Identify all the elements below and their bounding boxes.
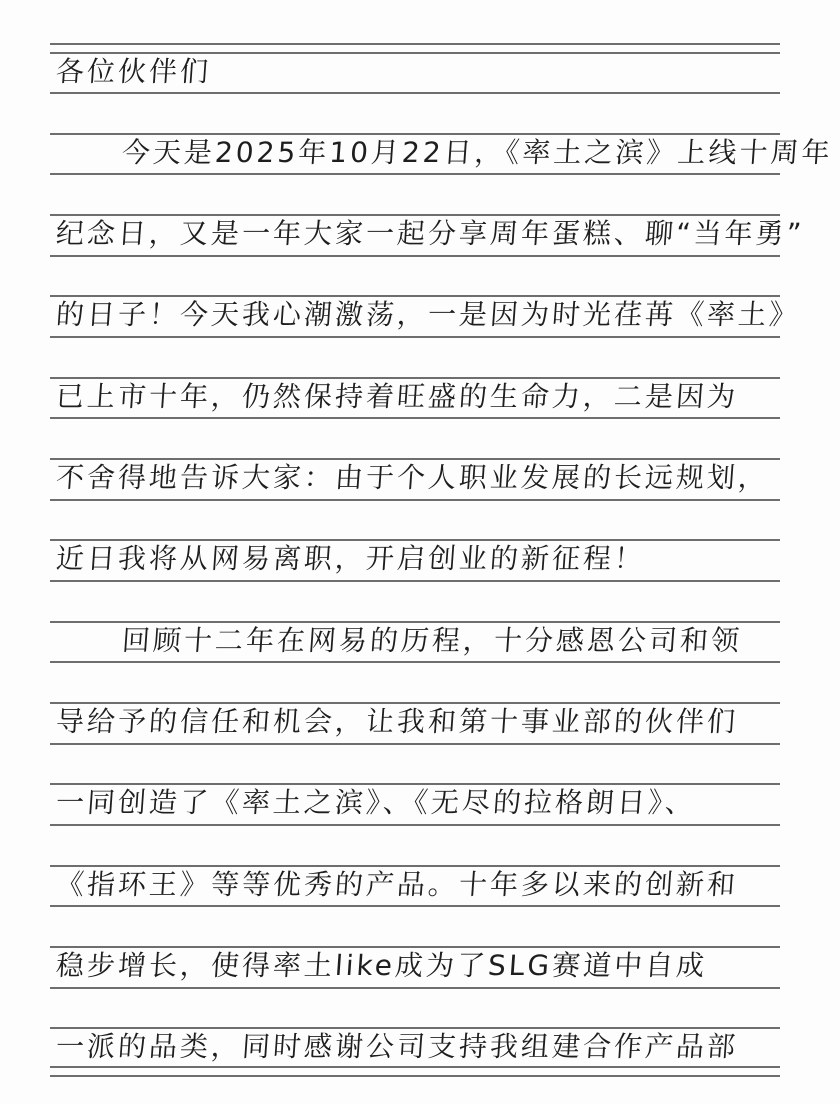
letter-line: 近日我将从网易离职，开启创业的新征程！ [55, 539, 798, 579]
letter-line: 回顾十二年在网易的历程，十分感恩公司和领 [55, 621, 840, 661]
rule [50, 743, 780, 745]
letter-line: 一派的品类，同时感谢公司支持我组建合作产品部 [55, 1027, 798, 1067]
rule [50, 580, 780, 582]
letter-line: 稳步增长，使得率土like成为了SLG赛道中自成 [55, 946, 798, 986]
letter-line: 不舍得地告诉大家：由于个人职业发展的长远规划， [55, 458, 798, 498]
rule [50, 417, 780, 419]
letter-line: 的日子！今天我心潮激荡，一是因为时光荏苒《率土》 [55, 295, 798, 335]
rule [50, 824, 780, 826]
rule [50, 92, 780, 94]
letter-line: 今天是2025年10月22日，《率土之滨》上线十周年 [55, 133, 840, 173]
rule [50, 255, 780, 257]
letter-line: 《指环王》等等优秀的产品。十年多以来的创新和 [55, 865, 798, 905]
rule [50, 173, 780, 175]
salutation: 各位伙伴们 [55, 52, 798, 92]
letter-line: 导给予的信任和机会，让我和第十事业部的伙伴们 [55, 702, 798, 742]
top-rule [50, 43, 780, 45]
rule [50, 905, 780, 907]
letter-line: 一同创造了《率土之滨》、《无尽的拉格朗日》、 [55, 783, 798, 823]
rule [50, 987, 780, 989]
rule [50, 336, 780, 338]
rule [50, 499, 780, 501]
lined-paper: 各位伙伴们 今天是2025年10月22日，《率土之滨》上线十周年 纪念日，又是一… [0, 0, 840, 1104]
letter-line: 已上市十年，仍然保持着旺盛的生命力，二是因为 [55, 377, 798, 417]
bottom-rule [50, 1075, 780, 1077]
rule [50, 661, 780, 663]
letter-line: 纪念日，又是一年大家一起分享周年蛋糕、聊“当年勇” [55, 214, 798, 254]
